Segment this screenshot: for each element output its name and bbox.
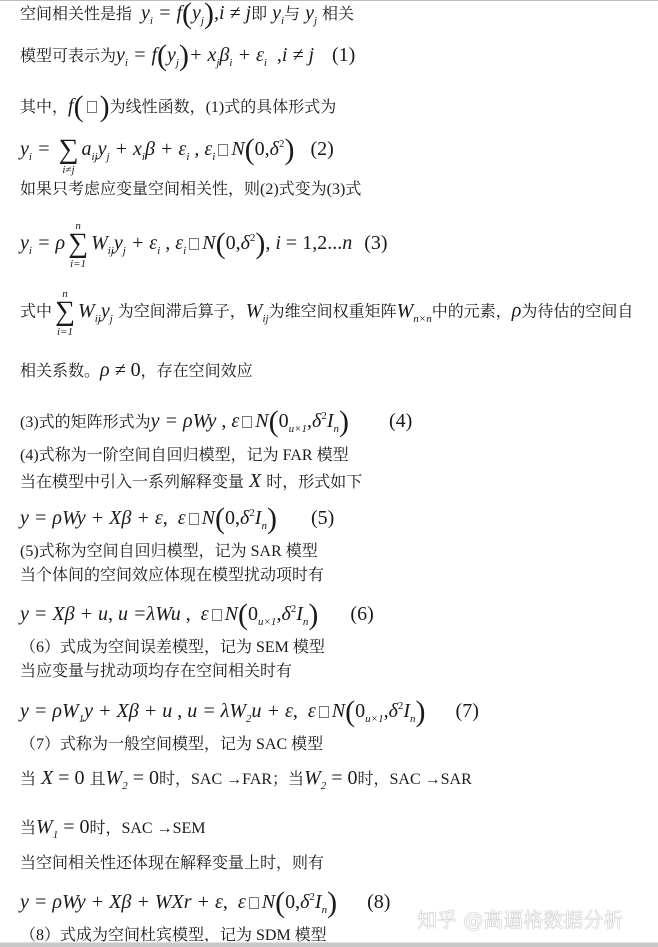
formula-rho: ρ xyxy=(512,300,522,322)
text: 即 xyxy=(251,6,267,23)
formula-eq5: y = ρWy + Xβ + ε, εN(0,δ2In) xyxy=(20,507,277,529)
formula-w2-zero: W2 = 0 xyxy=(106,767,159,789)
formula-eq2: yi = ∑i≠jaijyj + xiβ + εi , εiN(0,δ2) xyxy=(20,138,294,160)
formula-wij: Wij xyxy=(246,300,269,322)
text: 当 xyxy=(20,771,36,788)
formula-wnxn: Wn×n xyxy=(397,300,432,322)
equation-number: (2) xyxy=(310,138,333,160)
text: 时，SAC →SAR xyxy=(358,771,472,788)
text: 为空间滞后算子， xyxy=(118,304,246,321)
text: (3)式的矩阵形式为 xyxy=(20,414,151,431)
formula-eq7: y = ρW1y + Xβ + u , u = λW2u + ε, εN(0u×… xyxy=(20,700,426,722)
text: 当空间相关性还体现在解释变量上时，则有 xyxy=(20,855,324,872)
text: 时，SAC →FAR；当 xyxy=(159,771,304,788)
text-line-both-correlated: 当应变量与扰动项均存在空间相关时有 xyxy=(20,662,292,682)
formula-yj: yj xyxy=(300,2,322,24)
text: 为维空间权重矩阵 xyxy=(269,304,397,321)
text-line-eq3: yi = ρn∑i=1Wijyj + εi , εiN(0,δ2), i = 1… xyxy=(20,228,388,261)
bottom-border xyxy=(0,942,658,947)
text: 相关系数。 xyxy=(20,363,100,380)
text-line-sar: (5)式称为空间自回归模型，记为 SAR 模型 xyxy=(20,542,318,562)
text-line-eq6: y = Xβ + u, u =λWu , εN(0u×1,δ2In) (6) xyxy=(20,599,374,632)
equation-number: (7) xyxy=(456,700,479,722)
formula-rho-nonzero: ρ ≠ 0 xyxy=(100,359,141,381)
formula-w1-zero: W1 = 0 xyxy=(36,816,89,838)
formula-eq4: y = ρWy , εN(0u×1,δ2In) xyxy=(151,410,349,432)
text: 为线性函数，(1)式的具体形式为 xyxy=(110,99,337,116)
text: 模型可表示为 xyxy=(20,48,116,65)
equation-number: (8) xyxy=(367,891,390,913)
top-border xyxy=(0,0,658,1)
text-line-sac: （7）式称为一般空间模型，记为 SAC 模型 xyxy=(20,735,323,755)
text: 相关 xyxy=(322,6,354,23)
equation-number: (5) xyxy=(311,507,334,529)
text: 时，SAC →SEM xyxy=(89,820,205,837)
formula-eq1: yi = f(yj)+ xjβi + εi ,i ≠ j xyxy=(116,44,314,66)
text-line-eq2: yi = ∑i≠jaijyj + xiβ + εi , εiN(0,δ2) (2… xyxy=(20,134,334,167)
equation-number: (1) xyxy=(332,44,355,66)
text-line-explanatory: 当在模型中引入一系列解释变量 X 时，形式如下 xyxy=(20,471,362,493)
formula-eq6: y = Xβ + u, u =λWu , εN(0u×1,δ2In) xyxy=(20,603,318,625)
text-line-disturbance: 当个体间的空间效应体现在模型扰动项时有 xyxy=(20,566,324,586)
text-line-intro-eq3: 如果只考虑应变量空间相关性，则(2)式变为(3)式 xyxy=(20,180,361,200)
text-line-lag-operator: 式中n∑i=1Wijyj 为空间滞后算子，Wij为维空间权重矩阵Wn×n中的元素… xyxy=(20,298,633,329)
text: 中的元素， xyxy=(432,304,512,321)
text: 空间相关性是指 xyxy=(20,6,132,23)
text-line-sac-reductions: 当 X = 0 且W2 = 0时，SAC →FAR；当W2 = 0时，SAC →… xyxy=(20,768,472,796)
text: 当 xyxy=(20,820,36,837)
text-line-rho: 相关系数。ρ ≠ 0，存在空间效应 xyxy=(20,360,253,382)
text-line-sem: （6）式成为空间误差模型，记为 SEM 模型 xyxy=(20,638,325,658)
text-line-sac-sem: 当W1 = 0时，SAC →SEM xyxy=(20,817,206,845)
text: (4)式称为一阶空间自回归模型，记为 FAR 模型 xyxy=(20,447,349,464)
formula-yi: yi xyxy=(267,2,284,24)
text: 当应变量与扰动项均存在空间相关时有 xyxy=(20,663,292,680)
formula-w2-zero-b: W2 = 0 xyxy=(304,767,357,789)
text: （7）式称为一般空间模型，记为 SAC 模型 xyxy=(20,736,323,753)
text-line-definition: 空间相关性是指 yi = f(yj),i ≠ j即 yi与 yj 相关 xyxy=(20,3,354,31)
text: 与 xyxy=(284,6,300,23)
equation-number: (3) xyxy=(364,232,387,254)
formula-eq8: y = ρWy + Xβ + WXr + ε, εN(0,δ2In) xyxy=(20,891,337,913)
text: 且 xyxy=(90,771,106,788)
equation-number: (4) xyxy=(389,410,412,432)
text: 为待估的空间自 xyxy=(521,304,633,321)
formula-f: f() xyxy=(68,95,110,117)
text-line-far: (4)式称为一阶空间自回归模型，记为 FAR 模型 xyxy=(20,446,349,466)
text-line-eq4: (3)式的矩阵形式为y = ρWy , εN(0u×1,δ2In) (4) xyxy=(20,406,412,439)
text: 当个体间的空间效应体现在模型扰动项时有 xyxy=(20,567,324,584)
text-line-explanatory-spatial: 当空间相关性还体现在解释变量上时，则有 xyxy=(20,854,324,874)
text: 当在模型中引入一系列解释变量 xyxy=(20,474,244,491)
text-line-eq7: y = ρW1y + Xβ + u , u = λW2u + ε, εN(0u×… xyxy=(20,696,479,729)
text-line-eq5: y = ρWy + Xβ + ε, εN(0,δ2In) (5) xyxy=(20,503,334,536)
text: 如果只考虑应变量空间相关性，则(2)式变为(3)式 xyxy=(20,181,361,198)
text-line-eq1: 模型可表示为yi = f(yj)+ xjβi + εi ,i ≠ j (1) xyxy=(20,45,355,73)
text: (5)式称为空间自回归模型，记为 SAR 模型 xyxy=(20,543,318,560)
text: 其中， xyxy=(20,99,68,116)
formula-eq3: yi = ρn∑i=1Wijyj + εi , εiN(0,δ2), i = 1… xyxy=(20,232,352,254)
watermark: 知乎 @高逼格数据分析 xyxy=(417,904,623,933)
formula-definition: yi = f(yj),i ≠ j xyxy=(136,2,251,24)
text: （6）式成为空间误差模型，记为 SEM 模型 xyxy=(20,639,325,656)
text-line-eq8: y = ρWy + Xβ + WXr + ε, εN(0,δ2In) (8) xyxy=(20,887,390,920)
formula-lag-operator: n∑i=1Wijyj xyxy=(52,300,118,322)
formula-x-zero: X = 0 xyxy=(36,767,90,789)
equation-number: (6) xyxy=(350,603,373,625)
text-line-linear-function: 其中，f()为线性函数，(1)式的具体形式为 xyxy=(20,96,336,118)
formula-x: X xyxy=(244,470,266,492)
text: 时，形式如下 xyxy=(266,474,362,491)
text: ，存在空间效应 xyxy=(141,363,253,380)
text: 式中 xyxy=(20,304,52,321)
